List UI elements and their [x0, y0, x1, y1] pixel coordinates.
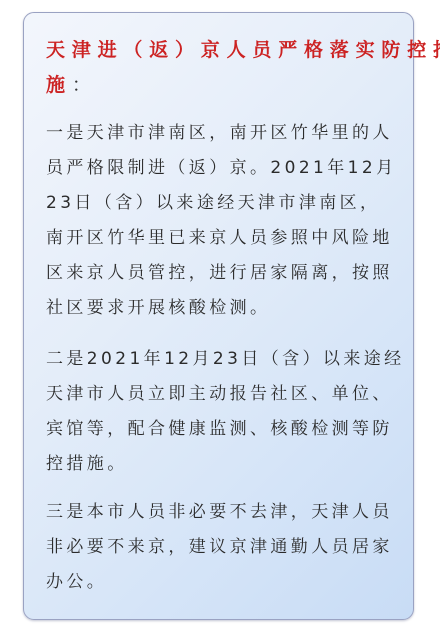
paragraph-line: 宾馆等，配合健康监测、核酸检测等防 [46, 412, 406, 447]
title-line-text: 施 [46, 74, 72, 96]
notice-panel: 天津进（返）京人员严格落实防控措 施： 一是天津市津南区，南开区竹华里的人 员严… [23, 12, 414, 620]
title-colon: ： [72, 74, 98, 96]
paragraph-line: 三是本市人员非必要不去津，天津人员 [46, 495, 406, 530]
title-line: 施： [46, 68, 406, 103]
paragraph-line: 一是天津市津南区，南开区竹华里的人 [46, 116, 406, 151]
paragraph-3: 三是本市人员非必要不去津，天津人员 非必要不来京，建议京津通勤人员居家 办公。 [46, 495, 406, 600]
paragraph-line: 23日（含）以来途经天津市津南区， [46, 186, 406, 221]
paragraph-line: 员严格限制进（返）京。2021年12月 [46, 151, 406, 186]
paragraph-line: 社区要求开展核酸检测。 [46, 291, 406, 326]
title-line: 天津进（返）京人员严格落实防控措 [46, 33, 406, 68]
paragraph-2: 二是2021年12月23日（含）以来途经 天津市人员立即主动报告社区、单位、 宾… [46, 342, 406, 482]
paragraph-line: 区来京人员管控，进行居家隔离，按照 [46, 256, 406, 291]
paragraph-line: 控措施。 [46, 447, 406, 482]
paragraph-line: 天津市人员立即主动报告社区、单位、 [46, 377, 406, 412]
paragraph-line: 二是2021年12月23日（含）以来途经 [46, 342, 406, 377]
paragraph-line: 南开区竹华里已来京人员参照中风险地 [46, 221, 406, 256]
notice-title: 天津进（返）京人员严格落实防控措 施： [46, 33, 406, 103]
paragraph-line: 非必要不来京，建议京津通勤人员居家 [46, 530, 406, 565]
paragraph-line: 办公。 [46, 565, 406, 600]
paragraph-1: 一是天津市津南区，南开区竹华里的人 员严格限制进（返）京。2021年12月 23… [46, 116, 406, 326]
